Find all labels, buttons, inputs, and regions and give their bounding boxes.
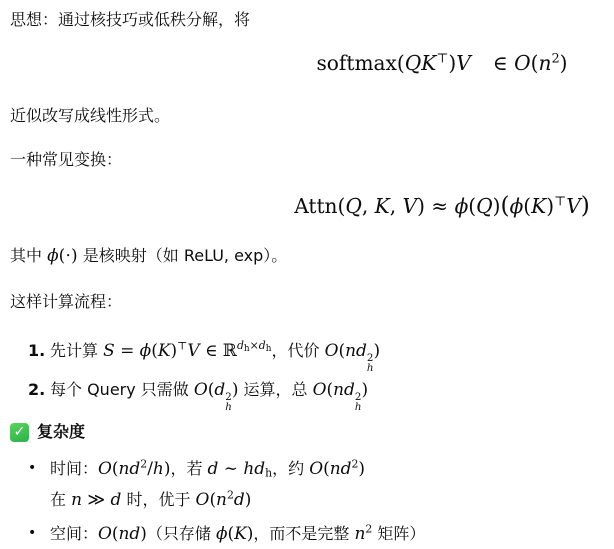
paragraph-transform: 一种常见变换： (10, 148, 604, 172)
math-segment: V (456, 51, 471, 75)
math-segment: Q (345, 194, 362, 218)
math-segment: d (234, 489, 245, 509)
math-segment: 2 (227, 489, 234, 502)
math-segment: ，代价 (272, 341, 325, 360)
math-segment: S (103, 340, 115, 360)
math-segment: nd (345, 340, 367, 360)
math-segment: ) (493, 194, 501, 218)
math-segment: O (98, 523, 112, 543)
bullet-line-space: 空间：O(nd)（只存储 ϕ(K)，而不是完整 n2 矩阵） (50, 518, 425, 549)
math-segment: ∈ (493, 51, 514, 75)
math-segment: ，若 (170, 459, 207, 478)
math-segment: ) (581, 192, 590, 219)
math-segment: h (153, 458, 164, 478)
math-segment: K (234, 523, 247, 543)
math-segment: nd (119, 458, 141, 478)
math-segment: = (115, 340, 140, 360)
math-segment: O (325, 340, 339, 360)
math-segment: ，而不是完整 (253, 524, 354, 543)
math-segment: ) (373, 340, 380, 360)
math-segment: 其中 (10, 246, 47, 265)
math-segment: ( (523, 194, 531, 218)
step-text: 每个 Query 只需做 O(d2h) 运算，总 O(nd2h) (50, 373, 368, 412)
bullet-text: 时间：O(nd2/h)，若 d ∼ hdh，约 O(nd2) 在 n ≫ d 时… (50, 453, 365, 515)
math-segment: n (71, 489, 82, 509)
bullet-line-time: 时间：O(nd2/h)，若 d ∼ hdh，约 O(nd2) (50, 453, 365, 484)
math-segment: （只存储 (147, 524, 216, 543)
math-segment: ) (245, 489, 252, 509)
math-segment: 是核映射（如 ReLU, exp）。 (78, 246, 288, 265)
list-number: 2. (28, 373, 50, 412)
math-segment: O (313, 379, 327, 399)
math-segment: ) (140, 523, 147, 543)
math-segment: 矩阵） (372, 524, 425, 543)
math-segment: O (196, 489, 210, 509)
math-segment: ϕ (47, 245, 59, 265)
math-segment: ) ≈ (417, 194, 455, 218)
math-segment: K (531, 194, 546, 218)
math-segment: ⊤ (436, 51, 448, 66)
math-segment: 先计算 (50, 341, 103, 360)
math-segment: × (250, 339, 259, 352)
math-segment: n (538, 51, 551, 75)
math-segment: Attn( (294, 194, 345, 218)
math-segment: ( (501, 192, 510, 219)
complexity-heading: ✓ 复杂度 (10, 420, 604, 444)
math-segment: 时间： (50, 459, 98, 478)
list-item: • 空间：O(nd)（只存储 ϕ(K)，而不是完整 n2 矩阵） (28, 518, 604, 549)
math-segment: ) (361, 379, 368, 399)
math-segment: ∼ (218, 458, 243, 478)
math-segment: ( (112, 523, 119, 543)
math-segment: n (355, 523, 366, 543)
bullet-text: 空间：O(nd)（只存储 ϕ(K)，而不是完整 n2 矩阵） (50, 518, 425, 549)
math-segment: ( (151, 340, 158, 360)
math-segment: K (158, 340, 171, 360)
math-segment: 运算，总 (238, 380, 312, 399)
math-segment: O (309, 458, 323, 478)
bullet-icon: • (28, 453, 50, 515)
step-text: 先计算 S = ϕ(K)⊤V ∈ ℝdh×dh，代价 O(nd2h) (50, 334, 380, 373)
math-segment: ( (112, 458, 119, 478)
math-segment: ，约 (272, 459, 309, 478)
math-segment: 空间： (50, 524, 98, 543)
list-item: 2. 每个 Query 只需做 O(d2h) 运算，总 O(nd2h) (28, 373, 604, 412)
computation-steps-list: 1. 先计算 S = ϕ(K)⊤V ∈ ℝdh×dh，代价 O(nd2h) 2.… (10, 334, 604, 412)
math-segment: d (111, 489, 122, 509)
heading-label: 复杂度 (37, 420, 85, 444)
paragraph-rewrite: 近似改写成线性形式。 (10, 104, 604, 128)
math-segment: O (514, 51, 531, 75)
math-segment: , (390, 194, 403, 218)
math-segment: V (566, 194, 581, 218)
math-segment: , (362, 194, 375, 218)
math-segment: ) (546, 194, 554, 218)
math-segment: softmax( (316, 51, 404, 75)
math-segment: d (214, 379, 225, 399)
check-mark-icon: ✓ (10, 423, 29, 442)
document-body: 思想：通过核技巧或低秩分解，将 softmax(QK⊤)V∈ O(n2) 近似改… (0, 0, 614, 549)
math-segment: d (208, 458, 219, 478)
math-segment: d (237, 339, 244, 352)
math-segment: ϕ (510, 194, 524, 218)
math-segment: K (375, 194, 390, 218)
math-segment: ( (323, 458, 330, 478)
complexity-bullet-list: • 时间：O(nd2/h)，若 d ∼ hdh，约 O(nd2) 在 n ≫ d… (10, 453, 604, 549)
math-segment: nd (330, 458, 352, 478)
math-segment: ⊤ (177, 339, 187, 352)
math-segment: Q (476, 194, 493, 218)
list-item: • 时间：O(nd2/h)，若 d ∼ hdh，约 O(nd2) 在 n ≫ d… (28, 453, 604, 515)
math-segment: nd (333, 379, 355, 399)
math-segment: n (216, 489, 227, 509)
bullet-line-compare: 在 n ≫ d 时，优于 O(n2d) (50, 484, 365, 515)
math-segment: ϕ (455, 194, 469, 218)
math-segment: 2 (551, 51, 559, 66)
formula-softmax-complexity: softmax(QK⊤)V∈ O(n2) (10, 47, 604, 80)
math-segment: 时，优于 (121, 490, 195, 509)
math-segment: ( (468, 194, 476, 218)
math-segment: 在 (50, 490, 71, 509)
math-segment: ∈ ℝ (200, 340, 237, 360)
formula-linear-attention: Attn(Q, K, V) ≈ ϕ(Q)(ϕ(K)⊤V) (10, 190, 604, 223)
math-segment: nd (119, 523, 141, 543)
math-segment: V (187, 340, 199, 360)
math-segment: hd (243, 458, 265, 478)
math-segment: ϕ (216, 523, 228, 543)
paragraph-flow: 这样计算流程： (10, 290, 604, 314)
paragraph-idea: 思想：通过核技巧或低秩分解，将 (10, 8, 604, 32)
math-segment: V (403, 194, 418, 218)
list-number: 1. (28, 334, 50, 373)
math-segment: ) (358, 458, 365, 478)
math-segment: ⊤ (554, 194, 566, 209)
math-segment: 每个 Query 只需做 (50, 380, 194, 399)
paragraph-kernel-map: 其中 ϕ(⋅) 是核映射（如 ReLU, exp）。 (10, 243, 604, 268)
math-segment: O (98, 458, 112, 478)
math-segment: dh×dh (237, 339, 272, 352)
math-segment: ϕ (140, 340, 152, 360)
math-segment: QK (405, 51, 437, 75)
bullet-icon: • (28, 518, 50, 549)
math-segment: O (194, 379, 208, 399)
math-segment: ) (560, 51, 568, 75)
math-segment: d (259, 339, 266, 352)
list-item: 1. 先计算 S = ϕ(K)⊤V ∈ ℝdh×dh，代价 O(nd2h) (28, 334, 604, 373)
math-segment: ≫ (82, 489, 111, 509)
math-segment: 2h (225, 392, 232, 412)
math-segment: (⋅) (59, 245, 78, 265)
